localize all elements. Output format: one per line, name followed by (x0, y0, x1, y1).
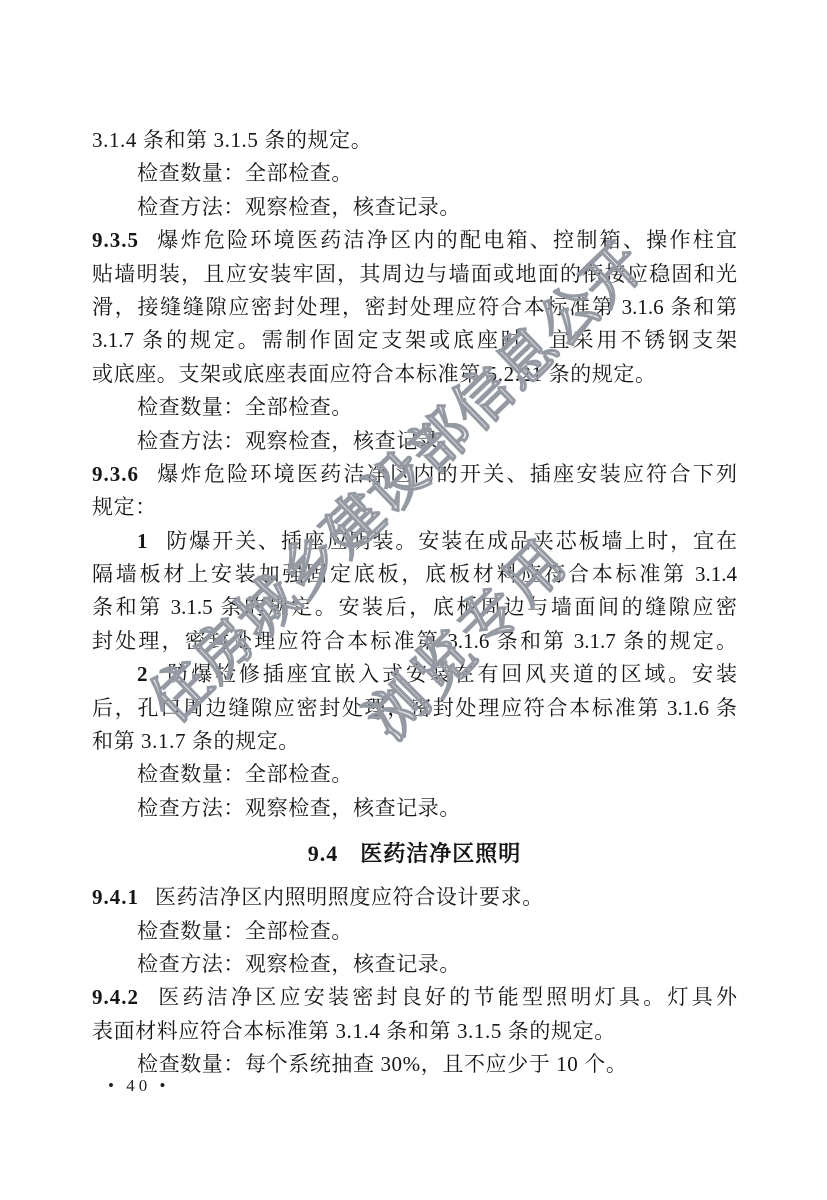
text-line: 检查数量：全部检查。 (92, 915, 737, 948)
line-text: 检查数量：全部检查。 (137, 161, 353, 185)
clause-number: 2 (137, 662, 149, 686)
line-text: 防爆检修插座宜嵌入式安装在有回风夹道的区域。安装 (165, 662, 738, 686)
line-text: 表面材料应符合本标准第 3.1.4 条和第 3.1.5 条的规定。 (92, 1019, 616, 1043)
line-text: 爆炸危险环境医药洁净区内的配电箱、控制箱、操作柱宜 (155, 228, 737, 252)
text-line: 1防爆开关、插座应明装。安装在成品夹芯板墙上时，宜在 (92, 525, 737, 558)
text-line: 检查方法：观察检查，核查记录。 (92, 191, 737, 224)
clause-number: 9.4.1 (92, 885, 139, 909)
clause-number: 9.4.2 (92, 985, 139, 1009)
text-line: 检查数量：全部检查。 (92, 157, 737, 190)
text-line: 检查数量：全部检查。 (92, 391, 737, 424)
text-line: 3.1.4 条和第 3.1.5 条的规定。 (92, 124, 737, 157)
line-text: 3.1.7 条的规定。需制作固定支架或底座时，宜采用不锈钢支架 (92, 328, 737, 352)
text-line: 封处理，密封处理应符合本标准第 3.1.6 条和第 3.1.7 条的规定。 (92, 625, 737, 658)
section-heading-number: 9.4 (308, 841, 339, 866)
line-text: 或底座。支架或底座表面应符合本标准第 5.2.21 条的规定。 (92, 362, 657, 386)
text-line: 隔墙板材上安装加强固定底板，底板材料应符合本标准第 3.1.4 (92, 558, 737, 591)
line-text: 封处理，密封处理应符合本标准第 3.1.6 条和第 3.1.7 条的规定。 (92, 629, 737, 653)
section-heading: 9.4医药洁净区照明 (92, 831, 737, 877)
line-text: 防爆开关、插座应明装。安装在成品夹芯板墙上时，宜在 (165, 529, 738, 553)
clause-number: 1 (137, 529, 149, 553)
text-line: 或底座。支架或底座表面应符合本标准第 5.2.21 条的规定。 (92, 358, 737, 391)
document-body: 3.1.4 条和第 3.1.5 条的规定。检查数量：全部检查。检查方法：观察检查… (92, 124, 737, 1082)
line-text: 检查方法：观察检查，核查记录。 (137, 195, 461, 219)
line-text: 医药洁净区应安装密封良好的节能型照明灯具。灯具外 (155, 985, 737, 1009)
line-text: 3.1.4 条和第 3.1.5 条的规定。 (92, 128, 372, 152)
text-line: 2防爆检修插座宜嵌入式安装在有回风夹道的区域。安装 (92, 658, 737, 691)
line-text: 贴墙明装，且应安装牢固，其周边与墙面或地面的衔接应稳固和光 (92, 262, 737, 286)
line-text: 隔墙板材上安装加强固定底板，底板材料应符合本标准第 3.1.4 (92, 562, 737, 586)
line-text: 和第 3.1.7 条的规定。 (92, 729, 300, 753)
text-line: 9.4.1医药洁净区内照明照度应符合设计要求。 (92, 881, 737, 914)
clause-number: 9.3.5 (92, 228, 139, 252)
text-line: 3.1.7 条的规定。需制作固定支架或底座时，宜采用不锈钢支架 (92, 324, 737, 357)
text-line: 规定： (92, 491, 737, 524)
text-line: 贴墙明装，且应安装牢固，其周边与墙面或地面的衔接应稳固和光 (92, 258, 737, 291)
line-text: 爆炸危险环境医药洁净区内的开关、插座安装应符合下列 (155, 462, 737, 486)
line-text: 检查方法：观察检查，核查记录。 (137, 952, 461, 976)
line-text: 医药洁净区内照明照度应符合设计要求。 (155, 885, 544, 909)
line-text: 检查方法：观察检查，核查记录。 (137, 429, 461, 453)
line-text: 检查数量：全部检查。 (137, 919, 353, 943)
text-line: 条和第 3.1.5 条的规定。安装后，底板周边与墙面间的缝隙应密 (92, 591, 737, 624)
text-line: 9.4.2医药洁净区应安装密封良好的节能型照明灯具。灯具外 (92, 981, 737, 1014)
line-text: 条和第 3.1.5 条的规定。安装后，底板周边与墙面间的缝隙应密 (92, 595, 737, 619)
line-text: 规定： (92, 495, 157, 519)
line-text: 检查数量：全部检查。 (137, 762, 353, 786)
section-heading-title: 医药洁净区照明 (360, 841, 521, 866)
text-line: 检查数量：全部检查。 (92, 758, 737, 791)
document-page: 住房城乡建设部信息公开 浏览专用 3.1.4 条和第 3.1.5 条的规定。检查… (0, 0, 827, 1200)
line-text: 后，孔口周边缝隙应密封处理，密封处理应符合本标准第 3.1.6 条 (92, 696, 737, 720)
clause-number: 9.3.6 (92, 462, 139, 486)
text-line: 9.3.6爆炸危险环境医药洁净区内的开关、插座安装应符合下列 (92, 458, 737, 491)
text-line: 9.3.5爆炸危险环境医药洁净区内的配电箱、控制箱、操作柱宜 (92, 224, 737, 257)
text-line: 后，孔口周边缝隙应密封处理，密封处理应符合本标准第 3.1.6 条 (92, 692, 737, 725)
text-line: 表面材料应符合本标准第 3.1.4 条和第 3.1.5 条的规定。 (92, 1015, 737, 1048)
line-text: 滑，接缝缝隙应密封处理，密封处理应符合本标准第 3.1.6 条和第 (92, 295, 737, 319)
line-text: 检查数量：全部检查。 (137, 395, 353, 419)
line-text: 检查数量：每个系统抽查 30%，且不应少于 10 个。 (137, 1052, 627, 1076)
text-line: 检查方法：观察检查，核查记录。 (92, 425, 737, 458)
text-line: 检查数量：每个系统抽查 30%，且不应少于 10 个。 (92, 1048, 737, 1081)
page-number: • 40 • (108, 1076, 169, 1096)
text-line: 检查方法：观察检查，核查记录。 (92, 792, 737, 825)
text-line: 滑，接缝缝隙应密封处理，密封处理应符合本标准第 3.1.6 条和第 (92, 291, 737, 324)
text-line: 检查方法：观察检查，核查记录。 (92, 948, 737, 981)
line-text: 检查方法：观察检查，核查记录。 (137, 796, 461, 820)
text-line: 和第 3.1.7 条的规定。 (92, 725, 737, 758)
